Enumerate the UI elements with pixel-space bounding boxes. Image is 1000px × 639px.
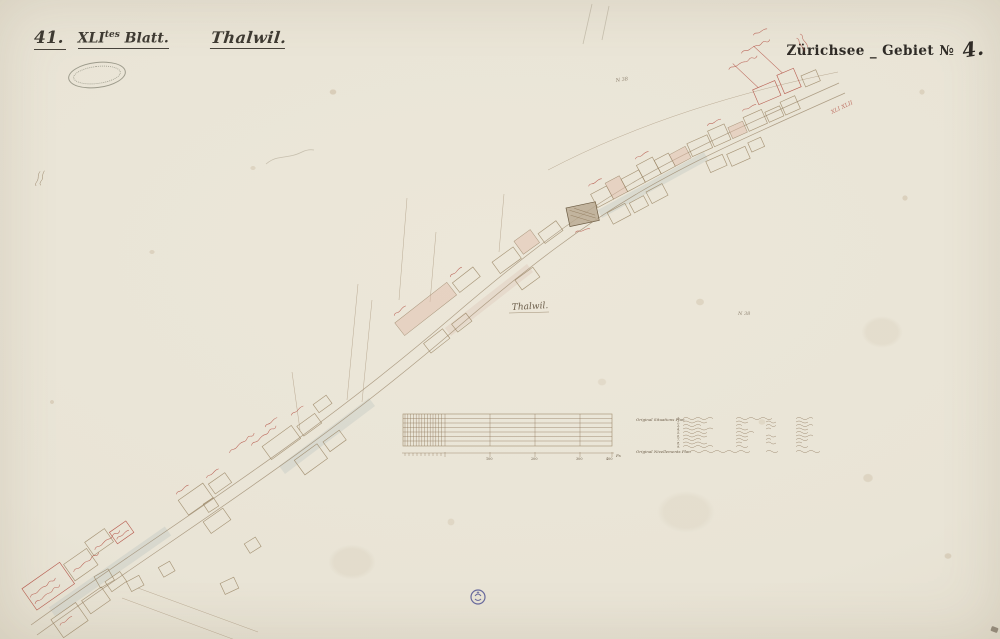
legend-footer-writing <box>690 451 820 453</box>
building-cluster-2 <box>174 463 249 538</box>
building-cluster-3 <box>228 385 356 503</box>
road-wash <box>52 156 706 612</box>
building <box>220 577 239 594</box>
handwritten-label <box>206 468 219 478</box>
building <box>514 230 540 255</box>
scale-tick-label: 100 <box>486 457 492 461</box>
building <box>748 137 765 152</box>
handwritten-label <box>741 39 771 53</box>
boundary-lines <box>122 4 838 639</box>
handwritten-label <box>116 530 129 540</box>
building <box>109 521 133 544</box>
legend-row-writing <box>683 425 813 427</box>
scale-tick-label: 300 <box>576 457 582 461</box>
handwritten-label <box>34 584 61 604</box>
station-marker-mid: N 38 <box>737 311 750 317</box>
legend: Original Situations Plan Original Nivell… <box>636 417 820 454</box>
handwritten-label <box>635 151 649 159</box>
building <box>203 508 231 533</box>
round-seal-stamp-icon <box>471 590 485 604</box>
top-edge-red-note <box>796 33 810 51</box>
legend-row-writing <box>683 428 808 430</box>
building <box>244 537 261 553</box>
building-cluster-southwest <box>21 516 160 639</box>
map-canvas: Thalwil. N 38 N 38 XLI XLII 100 200 300 … <box>0 0 1000 639</box>
building <box>208 473 231 494</box>
pencil-note <box>266 150 314 164</box>
building <box>492 247 521 274</box>
building <box>728 121 747 138</box>
church-block <box>566 202 601 234</box>
scale-tick-label: 200 <box>531 457 537 461</box>
building <box>538 221 563 244</box>
handwritten-label <box>228 433 255 453</box>
building <box>753 81 781 105</box>
building <box>64 548 98 580</box>
scale-bar: 100 200 300 400 Fs <box>402 414 621 461</box>
building <box>706 154 727 172</box>
handwritten-label <box>450 267 463 277</box>
legend-row-number: 9. <box>677 445 680 449</box>
building <box>85 529 114 556</box>
building <box>158 561 175 577</box>
legend-row-writing <box>683 418 813 420</box>
scale-unit: Fs <box>615 453 621 458</box>
legend-header-nivellements: Original Nivellements Plan <box>636 449 691 454</box>
building <box>801 70 820 87</box>
handwritten-label <box>707 119 721 126</box>
road <box>31 83 845 635</box>
handwritten-label <box>728 55 758 69</box>
handwritten-label <box>588 178 602 186</box>
handwritten-label <box>250 425 277 445</box>
legend-row-writing <box>683 432 808 434</box>
map-sheet: 41. XLItes Blatt. Thalwil. Zürichsee _ G… <box>0 0 1000 639</box>
legend-row-writing <box>683 421 808 423</box>
scale-tick-label: 400 <box>606 457 612 461</box>
building <box>780 96 800 115</box>
building <box>178 483 213 515</box>
building <box>452 267 480 292</box>
handwritten-label <box>742 104 756 111</box>
legend-row-writing <box>683 442 802 444</box>
leader-lines <box>730 40 784 93</box>
sheet-boundary-label: XLI XLII <box>829 100 854 116</box>
building <box>765 106 784 123</box>
legend-row-writing <box>683 446 808 448</box>
handwritten-label <box>393 305 406 315</box>
margin-annotation <box>35 169 45 187</box>
outbuildings <box>94 498 261 595</box>
legend-row-writing <box>683 435 813 437</box>
village-label: Thalwil. <box>512 301 549 313</box>
building <box>687 135 713 157</box>
scale-bar-lines <box>403 419 612 442</box>
station-marker-top: N 38 <box>614 76 628 84</box>
building <box>297 413 322 436</box>
building <box>727 146 751 166</box>
building-cluster-7 <box>683 87 810 179</box>
building <box>424 329 450 353</box>
handwritten-label <box>753 28 767 35</box>
legend-row-writing <box>683 439 808 441</box>
handwritten-label <box>176 485 189 495</box>
building-cluster-5 <box>490 214 577 294</box>
handwritten-label <box>265 417 278 427</box>
building <box>313 395 332 412</box>
